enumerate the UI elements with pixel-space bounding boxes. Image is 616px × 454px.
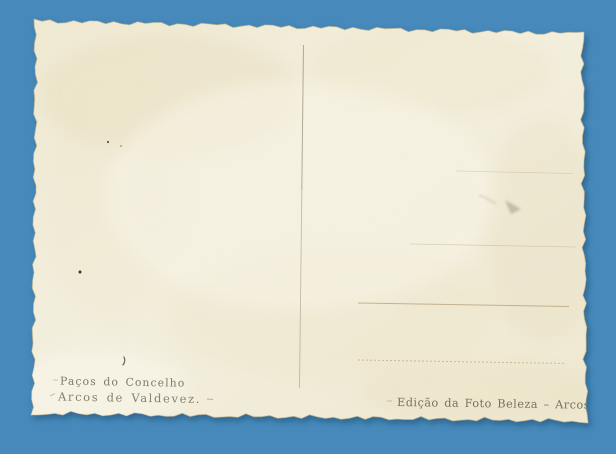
postcard-scan: Paços do Concelho Arcos de Valdevez. Edi…: [0, 0, 616, 454]
postcard-surface: Paços do Concelho Arcos de Valdevez. Edi…: [10, 8, 603, 438]
paper-grain: [20, 8, 600, 438]
caption-line1: Paços do Concelho: [60, 375, 186, 390]
publisher-credit: Edição da Foto Beleza – Arcos: [397, 396, 590, 412]
caption-line2: Arcos de Valdevez.: [57, 389, 201, 406]
postcard-scan-svg: Paços do Concelho Arcos de Valdevez. Edi…: [0, 0, 616, 454]
